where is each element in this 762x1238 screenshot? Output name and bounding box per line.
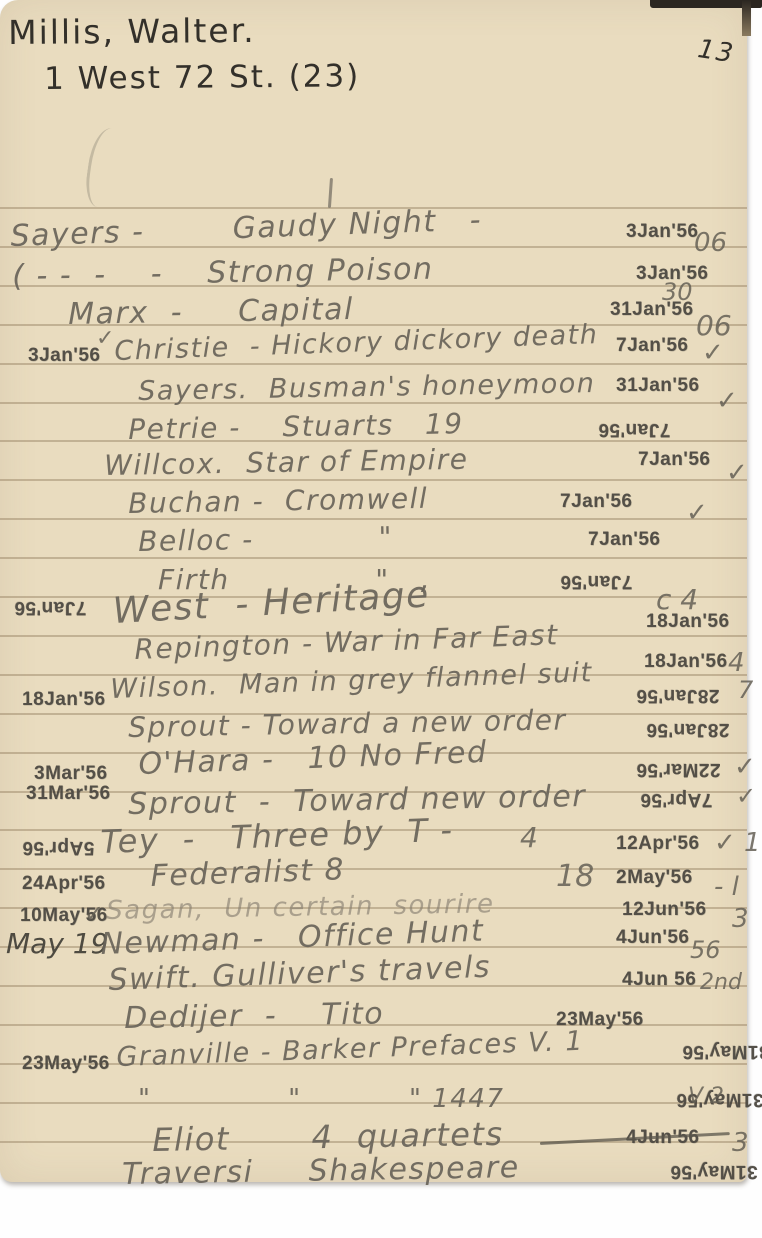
entry-text: ( - - - - Strong Poison (12, 255, 434, 292)
entry-text: Buchan - Cromwell (128, 485, 428, 518)
ruled-line (0, 557, 747, 559)
entry-text: Belloc - " (138, 524, 393, 556)
pencil-stroke (328, 178, 333, 208)
pencil-date-note: May 19 (6, 930, 108, 958)
library-card: Millis, Walter. 1 West 72 St. (23) 13 Sa… (0, 0, 747, 1182)
pencil-note: 4 (728, 650, 745, 676)
date-stamp-right: 7Apr'56 (640, 790, 712, 809)
entry-text: " " " 1447 (138, 1086, 504, 1112)
date-stamp-right: 31May'56 (670, 1162, 758, 1181)
date-stamp-left: 23May'56 (22, 1054, 110, 1073)
date-stamp-right: 4Jun 56 (622, 970, 696, 989)
card-smudge (83, 126, 131, 210)
pencil-note: 3 (732, 1130, 749, 1156)
date-stamp-left: 7Jan'56 (14, 598, 86, 617)
date-stamp-right: 28Jan'56 (636, 686, 720, 705)
entry-text: Traversi Shakespeare (122, 1153, 520, 1190)
cardholder-name: Millis, Walter. (8, 14, 256, 49)
pencil-note: 2nd (700, 972, 742, 994)
date-stamp-right: 7Jan'56 (560, 572, 632, 591)
date-stamp-left: 3Jan'56 (28, 346, 100, 365)
pencil-note: c 4 (656, 586, 698, 614)
entry-text: Dedijer - Tito (124, 999, 384, 1034)
date-stamp-right: 28Jan'56 (646, 720, 730, 739)
entry-text: Sayers. Busman's honeymoon (138, 370, 596, 405)
date-stamp-right: 7Jan'56 (598, 420, 670, 439)
date-stamp-left: 3Mar'56 (34, 764, 108, 783)
pencil-note: - l (714, 874, 739, 900)
cardholder-address: 1 West 72 St. (23) (44, 61, 360, 95)
date-stamp-left: 18Jan'56 (22, 690, 106, 709)
pencil-note: 18 (556, 862, 594, 892)
date-stamp-right: 18Jan'56 (644, 652, 728, 671)
pencil-note: ✓ (726, 460, 748, 486)
date-stamp-right: 31Jan'56 (616, 376, 700, 395)
pencil-note: 4 (520, 824, 538, 852)
entry-text: Federalist 8 (150, 855, 346, 892)
date-stamp-right: 2May'56 (616, 868, 693, 887)
entry-text: Sprout - Toward a new order (128, 706, 567, 742)
entry-text: Marx - Capital (68, 295, 354, 330)
date-stamp-right: 22Mar'56 (636, 760, 721, 779)
pencil-note: ✓ (84, 902, 104, 926)
date-stamp-right: 7Jan'56 (588, 530, 660, 549)
date-stamp-right: 7Jan'56 (638, 450, 710, 469)
scan-background-edge-right (742, 0, 751, 36)
date-stamp-right: 7Jan'56 (616, 336, 688, 355)
pencil-note: ✓ (96, 328, 114, 350)
date-stamp-right: 7Jan'56 (560, 492, 632, 511)
date-stamp-left: 31Mar'56 (26, 784, 111, 803)
pencil-note: V 2 (688, 1086, 724, 1108)
pencil-note: 06 (694, 230, 727, 256)
pencil-note: ✓ (702, 340, 724, 366)
date-stamp-right: 12Apr'56 (616, 834, 700, 853)
entry-text: Repington - War in Far East (134, 621, 559, 664)
pencil-note: 56 (690, 938, 721, 962)
pencil-note: ✓ (734, 754, 756, 780)
page-number: 13 (696, 36, 737, 67)
pencil-note: 3 (732, 906, 749, 932)
entry-text: Petrie - Stuarts 19 (128, 410, 464, 444)
entry-text: O'Hara - 10 No Fred (138, 738, 488, 780)
pencil-note: 7 (738, 678, 753, 702)
ruled-line (0, 363, 747, 365)
entry-text: Tey - Three by T - (100, 814, 454, 858)
pencil-note: ✓ (736, 784, 756, 808)
date-stamp-right: 3Jan'56 (626, 222, 698, 241)
pencil-note: ✓ (716, 388, 738, 414)
date-stamp-right: 12Jun'56 (622, 900, 707, 919)
pencil-note: ✓ (686, 500, 708, 526)
entry-text: Wilson. Man in grey flannel suit (110, 659, 593, 703)
date-stamp-right: 31Jan'56 (610, 300, 694, 319)
entry-text: Willcox. Star of Empire (104, 446, 469, 480)
date-stamp-left: 24Apr'56 (22, 874, 106, 893)
pencil-note: 06 (696, 312, 732, 340)
date-stamp-right: 31May'56 (682, 1042, 762, 1061)
date-stamp-left: 5Apr'56 (22, 838, 94, 857)
pencil-note: ✓ 1 (714, 830, 761, 856)
date-stamp-right: 4Jun'56 (616, 928, 690, 947)
